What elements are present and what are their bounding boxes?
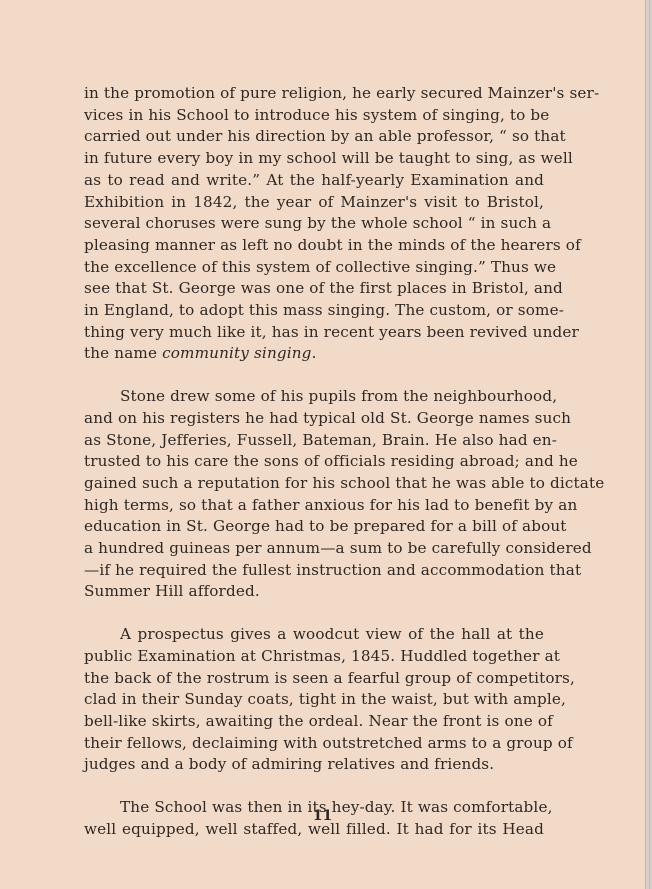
text-line: as to read and write.” At the half-yearl… xyxy=(84,170,544,192)
text-line: as Stone, Jefferies, Fussell, Bateman, B… xyxy=(84,430,544,452)
text-line: in England, to adopt this mass singing. … xyxy=(84,300,544,322)
text-line: clad in their Sunday coats, tight in the… xyxy=(84,689,544,711)
book-page: in the promotion of pure religion, he ea… xyxy=(0,0,645,889)
text-line: Stone drew some of his pupils from the n… xyxy=(84,386,544,408)
page-edge xyxy=(645,0,652,889)
text-line: gained such a reputation for his school … xyxy=(84,473,544,495)
text-line: Exhibition in 1842, the year of Mainzer'… xyxy=(84,192,544,214)
text-line: the name community singing. xyxy=(84,343,544,365)
text-line: trusted to his care the sons of official… xyxy=(84,451,544,473)
italic-term: community singing xyxy=(162,344,311,362)
text-line: public Examination at Christmas, 1845. H… xyxy=(84,646,544,668)
text-line: the excellence of this system of collect… xyxy=(84,257,544,279)
page-number: 11 xyxy=(0,808,645,824)
text-line: carried out under his direction by an ab… xyxy=(84,126,544,148)
paragraph: in the promotion of pure religion, he ea… xyxy=(84,83,544,365)
text-line: thing very much like it, has in recent y… xyxy=(84,322,544,344)
paragraph: Stone drew some of his pupils from the n… xyxy=(84,386,544,603)
text-line: pleasing manner as left no doubt in the … xyxy=(84,235,544,257)
text-line: Summer Hill afforded. xyxy=(84,581,544,603)
text-line: bell-like skirts, awaiting the ordeal. N… xyxy=(84,711,544,733)
text-line: their fellows, declaiming with outstretc… xyxy=(84,733,544,755)
text-line: in future every boy in my school will be… xyxy=(84,148,544,170)
text-line: and on his registers he had typical old … xyxy=(84,408,544,430)
text-line: education in St. George had to be prepar… xyxy=(84,516,544,538)
text-line: —if he required the fullest instruction … xyxy=(84,560,544,582)
text-line: A prospectus gives a woodcut view of the… xyxy=(84,624,544,646)
text-line: vices in his School to introduce his sys… xyxy=(84,105,544,127)
text-line: several choruses were sung by the whole … xyxy=(84,213,544,235)
text-line: the back of the rostrum is seen a fearfu… xyxy=(84,668,544,690)
text-line: see that St. George was one of the first… xyxy=(84,278,544,300)
text-line: in the promotion of pure religion, he ea… xyxy=(84,83,544,105)
text-line: high terms, so that a father anxious for… xyxy=(84,495,544,517)
text-line: judges and a body of admiring relatives … xyxy=(84,754,544,776)
body-text: in the promotion of pure religion, he ea… xyxy=(84,83,544,841)
paragraph: A prospectus gives a woodcut view of the… xyxy=(84,624,544,776)
text-line: a hundred guineas per annum—a sum to be … xyxy=(84,538,544,560)
